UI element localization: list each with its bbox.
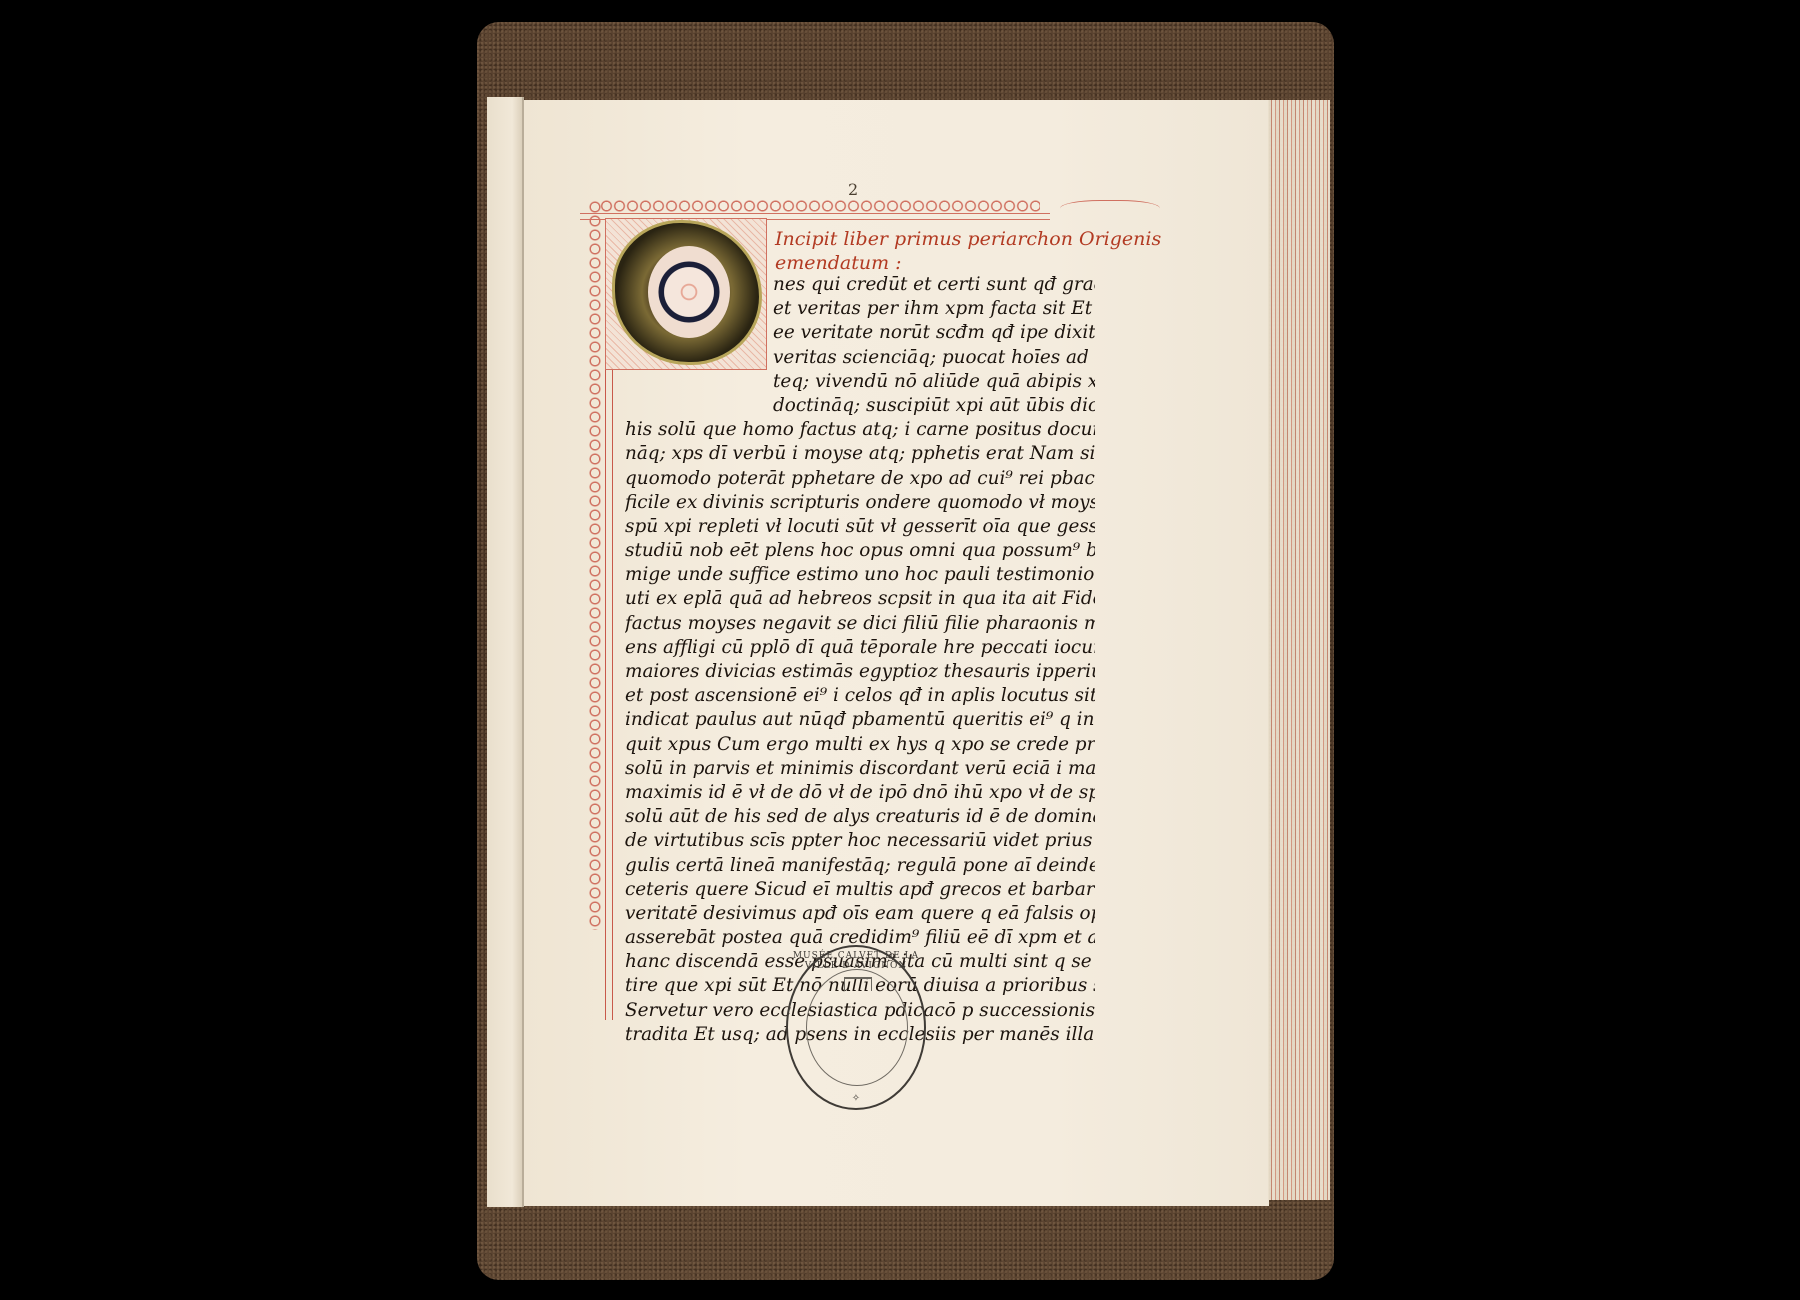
left-page-edge [487, 97, 523, 1207]
text-line: doctināq; suscipiūt xpi aūt ūbis dicim⁹ … [625, 394, 1095, 418]
folio-number: 2 [848, 180, 858, 199]
crown-icon [844, 977, 872, 991]
library-stamp: MUSÉE CALVET DE LA VILLE D'AVIGNON ✧ [786, 945, 926, 1110]
left-ruling-line [605, 300, 606, 1020]
text-line: solū in parvis et minimis discordant ver… [625, 757, 1095, 781]
text-line: mige unde suffice estimo uno hoc pauli t… [625, 563, 1095, 587]
text-line: solū aūt de his sed de alys creaturis id… [625, 805, 1095, 829]
text-line: ee veritate norūt scđm qđ ipe dixit Ego … [625, 321, 1095, 345]
text-line: uti ex eplā quā ad hebreos scpsit in qua… [625, 587, 1095, 611]
stamp-text: MUSÉE CALVET DE LA VILLE D'AVIGNON [788, 951, 924, 971]
text-line: factus moyses negavit se dici filiū fili… [625, 612, 1095, 636]
pen-flourish [1060, 200, 1160, 221]
text-line: et post ascensionē ei⁹ i celos qđ in apl… [625, 684, 1095, 708]
text-line: nāq; xps dī verbū i moyse atq; pphetis e… [625, 442, 1095, 466]
stamp-mark: ✧ [788, 1093, 924, 1104]
text-line: spū xpi repleti vł locuti sūt vł gesserī… [625, 515, 1095, 539]
text-line: nes qui credūt et certi sunt qđ gracia [625, 273, 1095, 297]
text-line: maiores divicias estimās egyptioz thesau… [625, 660, 1095, 684]
rubric-line-1: Incipit liber primus periarchon Origenis [775, 227, 1161, 251]
text-line: ens affligi cū pplō dī quā tēporale hre … [625, 636, 1095, 660]
left-border-decoration [588, 200, 602, 930]
text-line: veritatē desivimus apđ oīs eam quere q e… [625, 902, 1095, 926]
text-line: maximis id ē vł de dō vł de ipō dnō ihū … [625, 781, 1095, 805]
left-ruling-line-2 [612, 300, 613, 1020]
text-line: gulis certā lineā manifestāq; regulā pon… [625, 854, 1095, 878]
text-line: quit xpus Cum ergo multi ex hys q xpo se… [625, 733, 1095, 757]
text-line: quomodo poterāt pphetare de xpo ad cui⁹ … [625, 467, 1095, 491]
text-line: indicat paulus aut nūqđ pbamentū queriti… [625, 708, 1095, 732]
text-line: studiū nob eēt plens hoc opus omni qua p… [625, 539, 1095, 563]
text-line: veritas scienciāq; puocat hoīes ad bene … [625, 346, 1095, 370]
top-border-decoration [600, 200, 1040, 212]
text-line: ficile ex divinis scripturis ondere quom… [625, 491, 1095, 515]
rubric-line-2: emendatum : [775, 251, 1161, 275]
main-text: nes qui credūt et certi sunt qđ gracia e… [625, 273, 1095, 1047]
text-line: ceteris quere Sicud eī multis apđ grecos… [625, 878, 1095, 902]
text-line: et veritas per ihm xpm facta sit Et xpm [625, 297, 1095, 321]
fore-edge-leaves [1268, 100, 1330, 1200]
top-ruling-line [580, 213, 1050, 214]
text-line: teq; vivendū nō aliūde quā abipis xpi ve… [625, 370, 1095, 394]
text-line: de virtutibus scīs ppter hoc necessariū … [625, 829, 1095, 853]
rubric-heading: Incipit liber primus periarchon Origenis… [775, 227, 1161, 275]
text-line: his solū que homo factus atq; i carne po… [625, 418, 1095, 442]
